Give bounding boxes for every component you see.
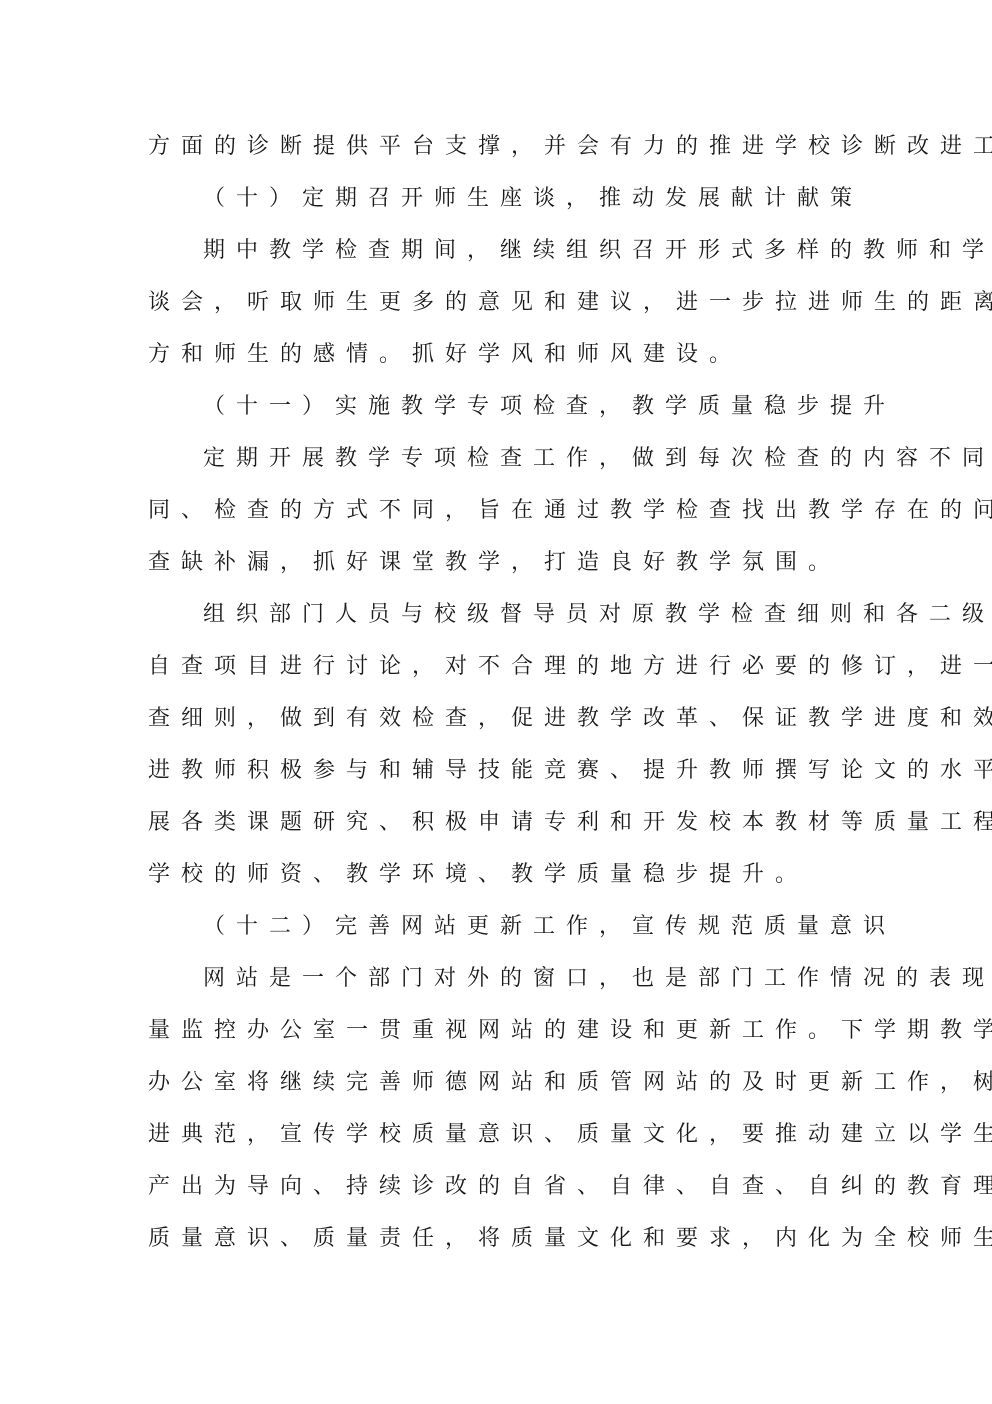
paragraph-line: 自查项目进行讨论，对不合理的地方进行必要的修订，进一步完善检 [148, 648, 848, 700]
document-page: 方面的诊断提供平台支撑，并会有力的推进学校诊断改进工作。 （十）定期召开师生座谈… [148, 128, 848, 1272]
paragraph-line: 展各类课题研究、积极申请专利和开发校本教材等质量工程建设。使 [148, 804, 848, 856]
paragraph-line: 产出为导向、持续诊改的自省、自律、自查、自纠的教育理念，强化 [148, 1168, 848, 1220]
paragraph-line: 进典范，宣传学校质量意识、质量文化，要推动建立以学生为中心、 [148, 1116, 848, 1168]
paragraph-line: 网站是一个部门对外的窗口，也是部门工作情况的表现，教学质 [148, 960, 848, 1012]
paragraph-line: 质量意识、质量责任，将质量文化和要求，内化为全校师生的共同价 [148, 1220, 848, 1272]
paragraph-line: 查细则，做到有效检查，促进教学改革、保证教学进度和效果，并促 [148, 700, 848, 752]
section-heading-10: （十）定期召开师生座谈，推动发展献计献策 [148, 180, 848, 232]
paragraph-line: 谈会，听取师生更多的意见和建议，进一步拉进师生的距离，增进校 [148, 284, 848, 336]
section-heading-11: （十一）实施教学专项检查，教学质量稳步提升 [148, 388, 848, 440]
paragraph-line: 组织部门人员与校级督导员对原教学检查细则和各二级院（部） [148, 596, 848, 648]
paragraph-line: 量监控办公室一贯重视网站的建设和更新工作。下学期教学质量监控 [148, 1012, 848, 1064]
paragraph-line: 方面的诊断提供平台支撑，并会有力的推进学校诊断改进工作。 [148, 128, 848, 180]
paragraph-line: 办公室将继续完善师德网站和质管网站的及时更新工作，树立师德先 [148, 1064, 848, 1116]
paragraph-line: 同、检查的方式不同，旨在通过教学检查找出教学存在的问题，及时 [148, 492, 848, 544]
paragraph-line: 期中教学检查期间，继续组织召开形式多样的教师和学生交流座 [148, 232, 848, 284]
section-heading-12: （十二）完善网站更新工作，宣传规范质量意识 [148, 908, 848, 960]
paragraph-line: 方和师生的感情。抓好学风和师风建设。 [148, 336, 848, 388]
paragraph-line: 学校的师资、教学环境、教学质量稳步提升。 [148, 856, 848, 908]
paragraph-line: 定期开展教学专项检查工作，做到每次检查的内容不同、目的不 [148, 440, 848, 492]
paragraph-line: 进教师积极参与和辅导技能竞赛、提升教师撰写论文的水平、激励开 [148, 752, 848, 804]
paragraph-line: 查缺补漏，抓好课堂教学，打造良好教学氛围。 [148, 544, 848, 596]
